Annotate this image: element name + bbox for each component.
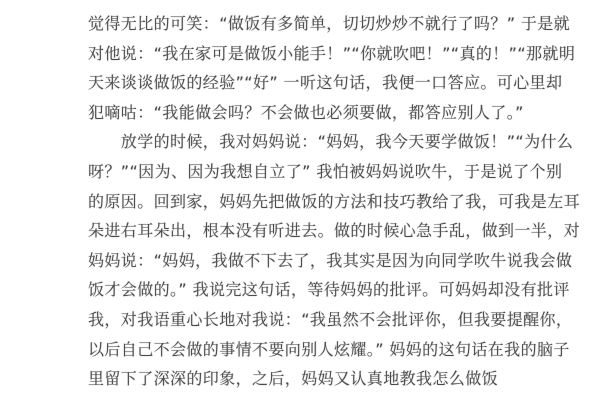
text-line: 放学的时候，我对妈妈说：“妈妈，我今天要学做饭！”“为什么 xyxy=(88,127,540,157)
text-line: 呀？”“因为、因为我想自立了” 我怕被妈妈说吹牛，于是说了个别 xyxy=(88,157,540,187)
text-line: 妈妈说：“妈妈，我做不下去了，我其实是因为向同学吹牛说我会做 xyxy=(88,246,540,276)
text-line: 饭才会做的。” 我说完这句话，等待妈妈的批评。可妈妈却没有批评 xyxy=(88,275,540,305)
essay-text-block: 觉得无比的可笑：“做饭有多简单，切切炒炒不就行了吗？” 于是就 对他说：“我在家… xyxy=(88,9,540,394)
text-line: 天来谈谈做饭的经验”“好” 一听这句话，我便一口答应。可心里却 xyxy=(88,68,540,98)
text-line: 犯嘀咕：“我能做会吗？不会做也必须要做，都答应别人了。” xyxy=(88,98,540,128)
text-line: 以后自己不会做的事情不要向别人炫耀。” 妈妈的这句话在我的脑子 xyxy=(88,335,540,365)
document-page: 觉得无比的可笑：“做饭有多简单，切切炒炒不就行了吗？” 于是就 对他说：“我在家… xyxy=(0,0,600,400)
text-line-clipped: 里留下了深深的印象，之后，妈妈又认真地教我怎么做饭 xyxy=(88,364,540,394)
text-line: 我，对我语重心长地对我说：“我虽然不会批评你，但我要提醒你， xyxy=(88,305,540,335)
text-line: 觉得无比的可笑：“做饭有多简单，切切炒炒不就行了吗？” 于是就 xyxy=(88,9,540,39)
text-line: 朵进右耳朵出，根本没有听进去。做的时候心急手乱，做到一半，对 xyxy=(88,216,540,246)
text-line: 的原因。回到家，妈妈先把做饭的方法和技巧教给了我，可我是左耳 xyxy=(88,187,540,217)
text-line: 对他说：“我在家可是做饭小能手！”“你就吹吧！”“真的！”“那就明 xyxy=(88,39,540,69)
